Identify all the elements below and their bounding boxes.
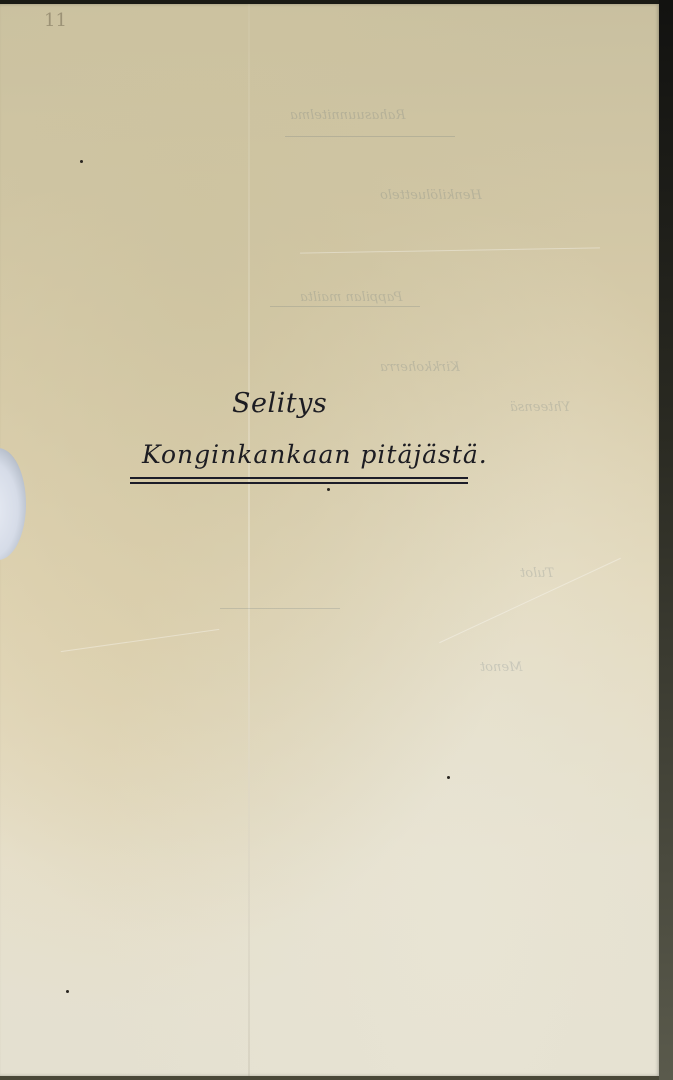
paper-fold bbox=[248, 4, 250, 1076]
bleed-through-text: Kirkkoherra bbox=[380, 360, 460, 375]
corner-page-mark: 11 bbox=[44, 10, 67, 31]
title-underline bbox=[130, 477, 468, 479]
bleed-through-rule bbox=[220, 608, 340, 609]
bleed-through-rule bbox=[285, 136, 455, 137]
paper-page bbox=[0, 4, 660, 1076]
bleed-through-text: Henkilöluettelo bbox=[380, 188, 482, 203]
bleed-through-rule bbox=[270, 306, 420, 307]
scan-background-strip bbox=[659, 0, 673, 1080]
bleed-through-text: Pappilan mailta bbox=[300, 290, 403, 305]
bleed-through-text: Tulot bbox=[520, 566, 554, 581]
bleed-through-text: Rahasuunnitelma bbox=[290, 108, 405, 123]
ink-speck bbox=[447, 776, 450, 779]
ink-speck bbox=[66, 990, 69, 993]
document-title: Selitys bbox=[232, 388, 327, 419]
ink-speck bbox=[327, 488, 330, 491]
bleed-through-text: Menot bbox=[480, 660, 522, 675]
title-underline bbox=[130, 482, 468, 484]
document-subtitle: Konginkankaan pitäjästä. bbox=[142, 440, 488, 469]
ink-speck bbox=[80, 160, 83, 163]
bleed-through-text: Yhteensä bbox=[510, 400, 570, 415]
